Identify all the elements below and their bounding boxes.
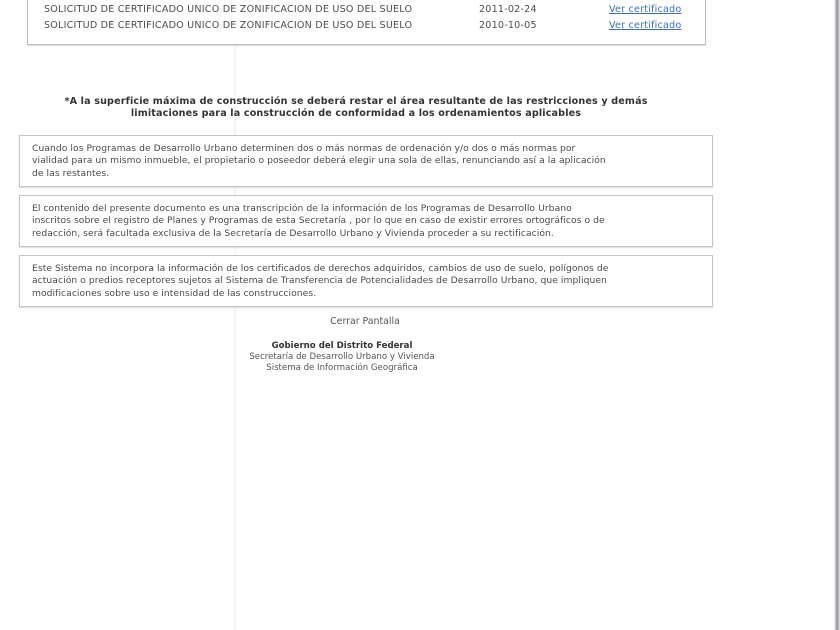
note-line: *A la superficie máxima de construcción …: [0, 96, 712, 108]
info-line: de las restantes.: [32, 168, 700, 180]
tramite-cell: SOLICITUD DE CERTIFICADO UNICO DE ZONIFI…: [44, 19, 412, 33]
construction-area-note: *A la superficie máxima de construcción …: [0, 96, 712, 120]
view-certificate-link[interactable]: Ver certificado: [609, 19, 681, 33]
info-line: vialidad para un mismo inmueble, el prop…: [32, 155, 700, 167]
info-line: modificaciones sobre uso e intensidad de…: [32, 288, 700, 300]
page-column-divider: [234, 0, 236, 630]
info-line: inscritos sobre el registro de Planes y …: [32, 215, 700, 227]
footer-secretariat: Secretaría de Desarrollo Urbano y Vivien…: [0, 352, 684, 363]
date-cell: 2011-02-24: [479, 3, 537, 17]
tramite-cell: SOLICITUD DE CERTIFICADO UNICO DE ZONIFI…: [44, 3, 412, 17]
info-box-multiple-norms: Cuando los Programas de Desarrollo Urban…: [19, 135, 713, 187]
info-line: El contenido del presente documento es u…: [32, 203, 700, 215]
info-line: actuación o predios receptores sujetos a…: [32, 275, 700, 287]
footer-system: Sistema de Información Geográfica: [0, 363, 684, 374]
window-right-edge: [834, 0, 840, 630]
info-line: Este Sistema no incorpora la información…: [32, 263, 700, 275]
footer-organization: Gobierno del Distrito Federal: [0, 341, 684, 352]
info-line: redacción, será facultada exclusiva de l…: [32, 228, 700, 240]
certificate-history-table: SOLICITUD DE CERTIFICADO UNICO DE ZONIFI…: [27, 0, 706, 45]
info-line: Cuando los Programas de Desarrollo Urban…: [32, 143, 700, 155]
close-screen-link[interactable]: Cerrar Pantalla: [0, 316, 730, 327]
info-box-system-limitations: Este Sistema no incorpora la información…: [19, 255, 713, 307]
note-line: limitaciones para la construcción de con…: [0, 108, 712, 120]
date-cell: 2010-10-05: [479, 19, 537, 33]
view-certificate-link[interactable]: Ver certificado: [609, 3, 681, 17]
footer: Gobierno del Distrito Federal Secretaría…: [0, 341, 684, 373]
info-box-transcription-disclaimer: El contenido del presente documento es u…: [19, 195, 713, 247]
